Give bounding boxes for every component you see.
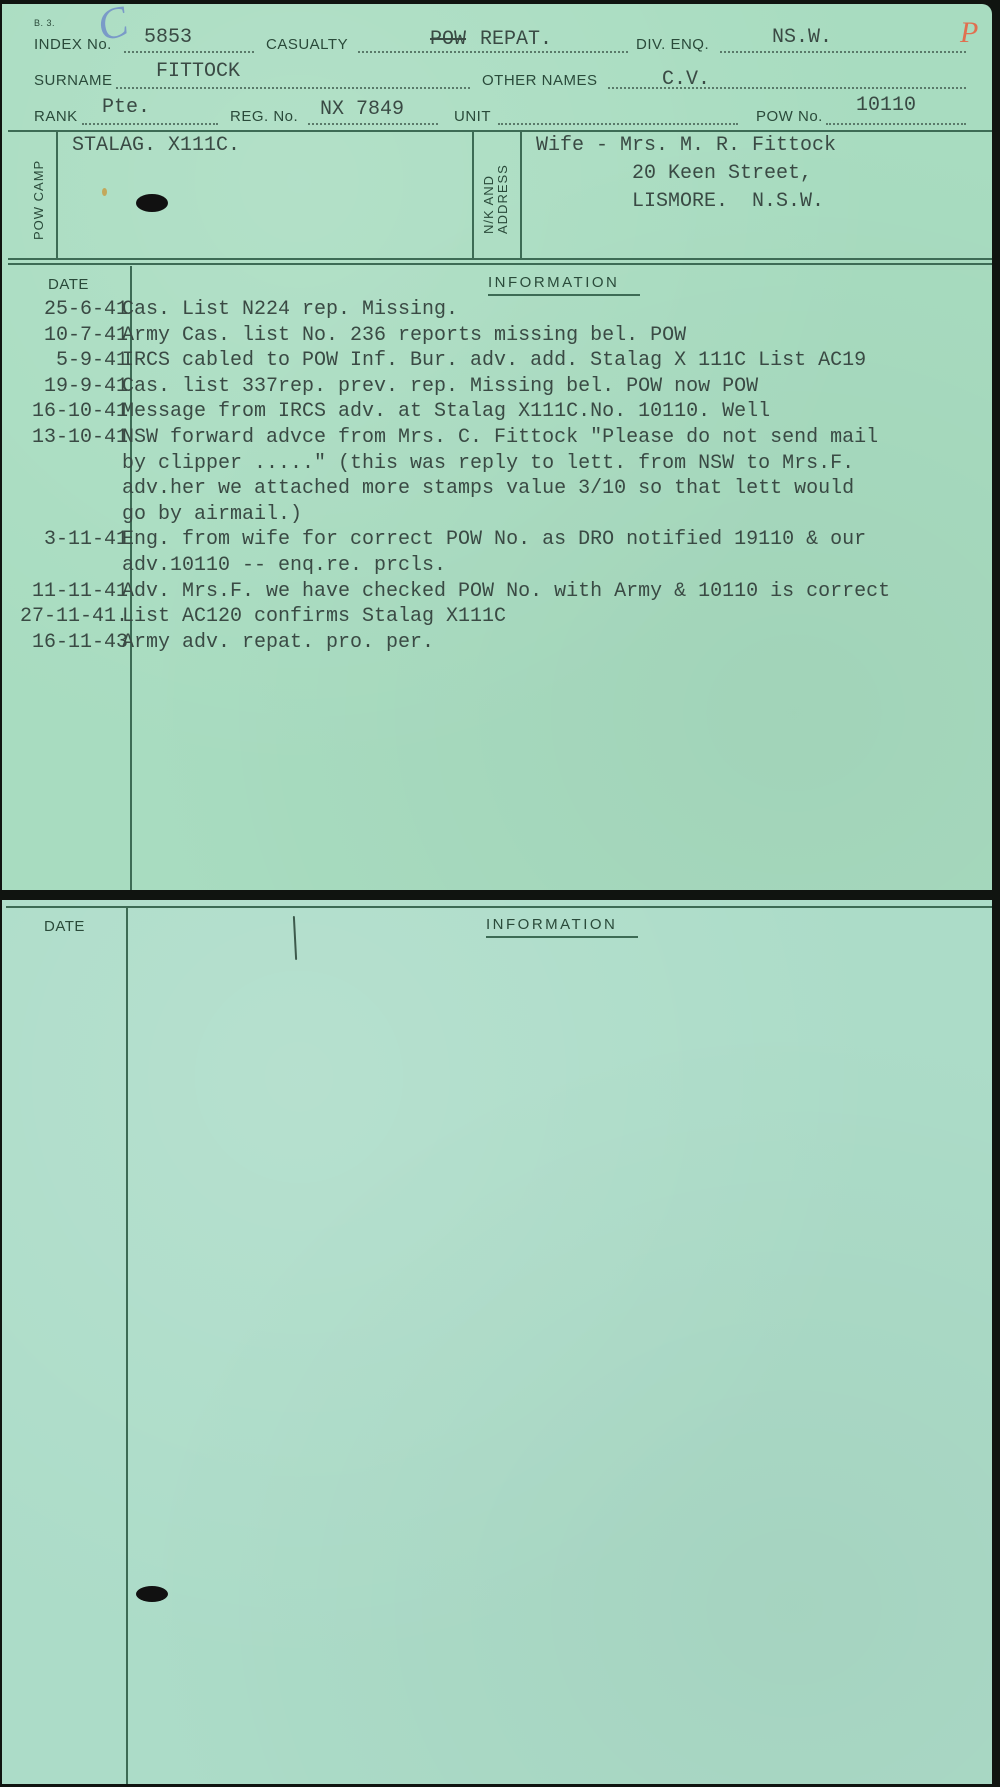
form-code: B. 3. [34, 18, 55, 28]
date-header: DATE [48, 276, 89, 293]
entry-date: 13-10-41 [2, 426, 128, 449]
entry-date: 16-10-41 [2, 400, 128, 423]
entry-text: List AC120 confirms Stalag X111C [122, 605, 506, 628]
pow-no-value: 10110 [856, 94, 916, 117]
rank-value: Pte. [102, 96, 150, 119]
stain [102, 188, 107, 196]
entry-date: 10-7-41 [2, 324, 128, 347]
entry-date: 27-11-41. [2, 605, 128, 628]
divider [8, 263, 992, 265]
reg-no-label: REG. No. [230, 108, 298, 125]
entry-text: Cas. list 337rep. prev. rep. Missing bel… [122, 375, 758, 398]
information-header: INFORMATION [486, 916, 617, 933]
nk-address-line2: 20 Keen Street, [632, 162, 812, 185]
pow-no-label: POW No. [756, 108, 823, 125]
dotted-line [498, 123, 738, 125]
div-enq-label: DIV. ENQ. [636, 36, 709, 53]
entry-text-continuation: by clipper ....." (this was reply to let… [122, 452, 854, 475]
unit-label: UNIT [454, 108, 491, 125]
entry-text-continuation: adv.10110 -- enq.re. prcls. [122, 554, 446, 577]
index-no-value: 5853 [144, 26, 192, 49]
punch-hole [136, 194, 168, 212]
other-names-label: OTHER NAMES [482, 72, 598, 89]
nk-label-line2: ADDRESS [496, 164, 510, 234]
divider [8, 258, 992, 260]
record-card-front: B. 3. C P INDEX No. 5853 CASUALTY POW RE… [2, 4, 992, 890]
entry-date: 5-9-41 [2, 349, 128, 372]
information-underline [488, 294, 640, 296]
divider [8, 130, 992, 132]
corner-mark: P [960, 16, 978, 50]
surname-value: FITTOCK [156, 60, 240, 83]
rank-label: RANK [34, 108, 78, 125]
divider [520, 130, 522, 258]
dotted-line [826, 123, 966, 125]
dotted-line [720, 51, 966, 53]
entry-text: NSW forward advce from Mrs. C. Fittock "… [122, 426, 878, 449]
entry-text: Adv. Mrs.F. we have checked POW No. with… [122, 580, 890, 603]
other-names-value: C.V. [662, 68, 710, 91]
entry-date: 19-9-41 [2, 375, 128, 398]
information-header: INFORMATION [488, 274, 619, 291]
date-header: DATE [44, 918, 85, 935]
entry-date: 3-11-41 [2, 528, 128, 551]
punch-hole [136, 1586, 168, 1602]
reg-no-value: NX 7849 [320, 98, 404, 121]
entry-text: Message from IRCS adv. at Stalag X111C.N… [122, 400, 770, 423]
entry-text: Army adv. repat. pro. per. [122, 631, 434, 654]
entry-date: 16-11-43 [2, 631, 128, 654]
dotted-line [358, 51, 628, 53]
divider [472, 130, 474, 258]
nk-address-line1: Wife - Mrs. M. R. Fittock [536, 134, 836, 157]
entry-text-continuation: go by airmail.) [122, 503, 302, 526]
dotted-line [308, 123, 438, 125]
entry-text: Eng. from wife for correct POW No. as DR… [122, 528, 866, 551]
pow-camp-value: STALAG. X111C. [72, 134, 240, 157]
divider [6, 906, 992, 908]
nk-label-line1: N/K AND [482, 164, 496, 234]
casualty-label: CASUALTY [266, 36, 348, 53]
dotted-line [124, 51, 254, 53]
information-underline [486, 936, 638, 938]
surname-label: SURNAME [34, 72, 113, 89]
nk-address-line3: LISMORE. N.S.W. [632, 190, 824, 213]
date-column-divider [126, 908, 128, 1784]
dotted-line [82, 123, 218, 125]
entry-text-continuation: adv.her we attached more stamps value 3/… [122, 477, 854, 500]
pencil-mark [293, 916, 297, 960]
casualty-value: REPAT. [480, 28, 552, 51]
entry-text: Cas. List N224 rep. Missing. [122, 298, 458, 321]
entry-date: 25-6-41 [2, 298, 128, 321]
pow-camp-label: POW CAMP [32, 160, 46, 240]
div-enq-value: NS.W. [772, 26, 832, 49]
divider [56, 130, 58, 258]
casualty-struck-value: POW [430, 28, 466, 51]
record-card-back: DATE INFORMATION [2, 900, 992, 1784]
entry-text: IRCS cabled to POW Inf. Bur. adv. add. S… [122, 349, 866, 372]
nk-address-label: N/K AND ADDRESS [482, 164, 510, 234]
entry-date: 11-11-41 [2, 580, 128, 603]
index-no-label: INDEX No. [34, 36, 112, 53]
dotted-line [116, 87, 470, 89]
entry-text: Army Cas. list No. 236 reports missing b… [122, 324, 686, 347]
